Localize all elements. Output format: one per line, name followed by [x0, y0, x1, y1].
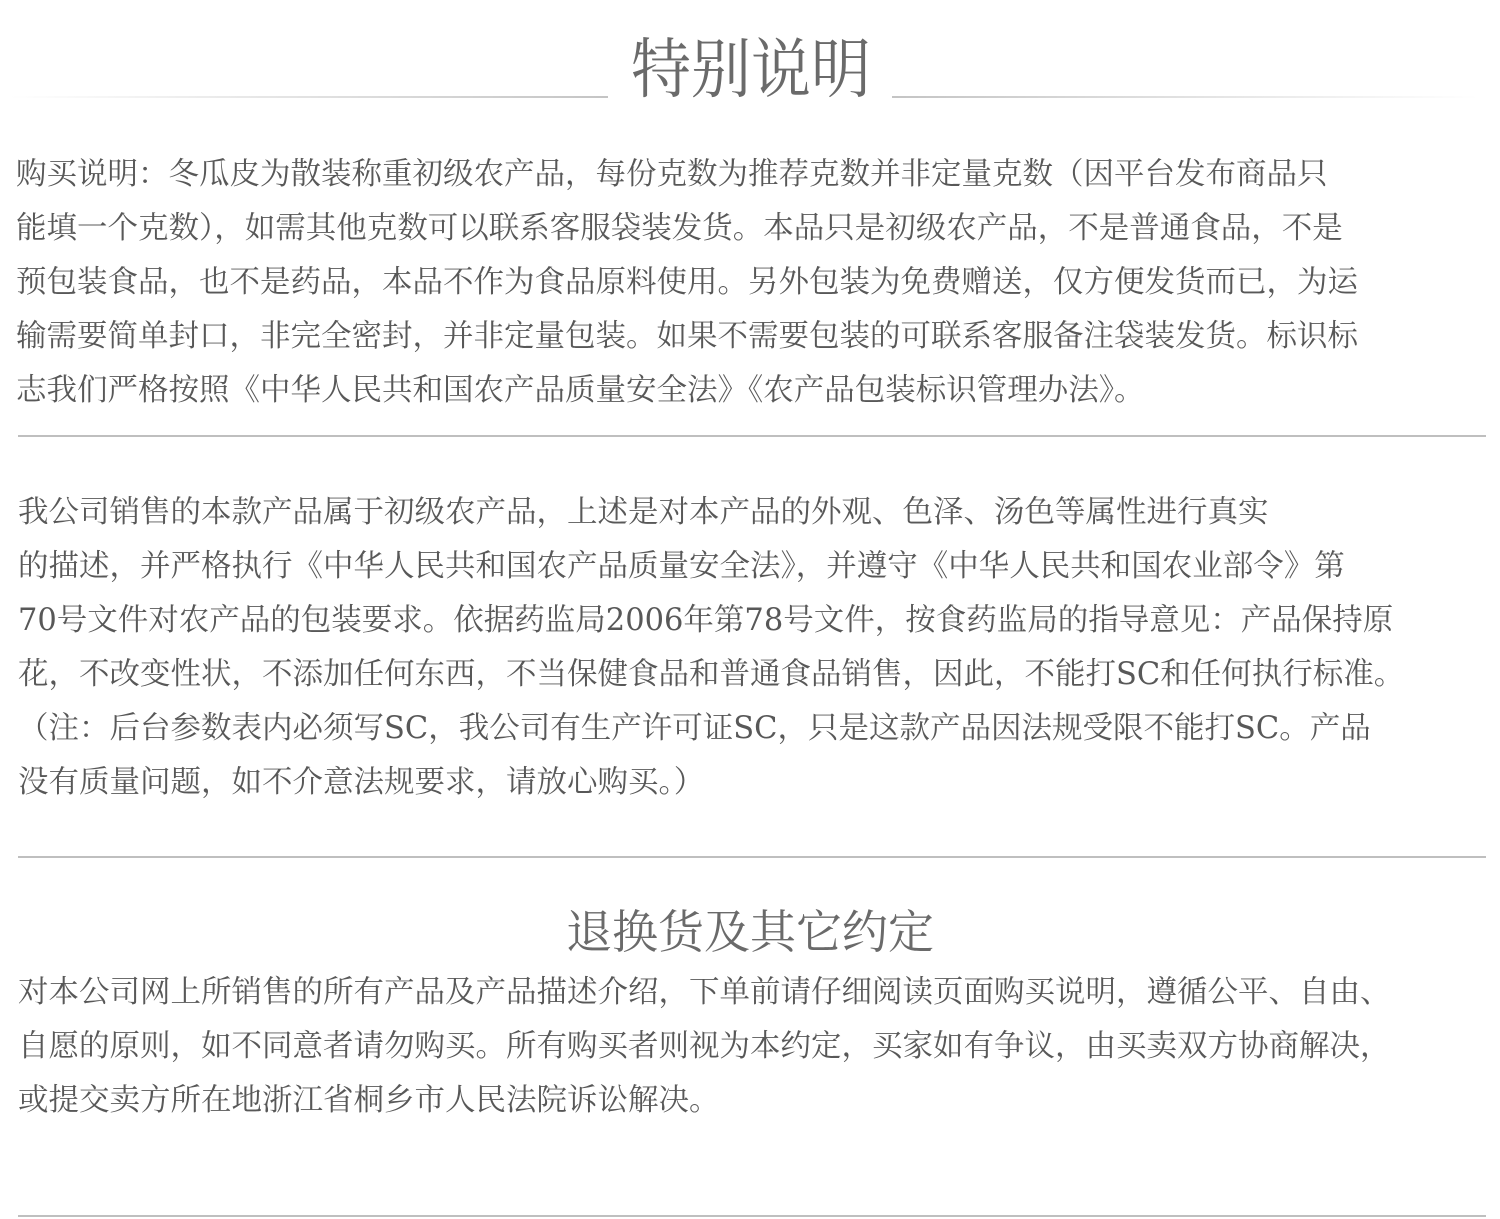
text-line: 预包装食品，也不是药品，本品不作为食品原料使用。另外包装为免费赠送，仅方便发货而… [16, 256, 1486, 310]
text-line: 购买说明：冬瓜皮为散装称重初级农产品，每份克数为推荐克数并非定量克数（因平台发布… [16, 148, 1486, 202]
section-divider [18, 435, 1486, 437]
text-line: 的描述，并严格执行《中华人民共和国农产品质量安全法》，并遵守《中华人民共和国农业… [18, 540, 1488, 594]
text-line: 没有质量问题，如不介意法规要求，请放心购买。） [18, 756, 1488, 810]
section-divider [18, 856, 1486, 858]
text-line: 对本公司网上所销售的所有产品及产品描述介绍，下单前请仔细阅读页面购买说明，遵循公… [18, 966, 1488, 1020]
bottom-divider [18, 1215, 1486, 1217]
text-line: 70号文件对农产品的包装要求。依据药监局2006年第78号文件，按食药监局的指导… [18, 594, 1488, 648]
text-line: 志我们严格按照《中华人民共和国农产品质量安全法》《农产品包装标识管理办法》。 [16, 364, 1486, 418]
text-line: 能填一个克数），如需其他克数可以联系客服袋装发货。本品只是初级农产品，不是普通食… [16, 202, 1486, 256]
text-line: 花，不改变性状，不添加任何东西，不当保健食品和普通食品销售，因此，不能打SC和任… [18, 648, 1488, 702]
returns-policy-paragraph: 对本公司网上所销售的所有产品及产品描述介绍，下单前请仔细阅读页面购买说明，遵循公… [18, 966, 1488, 1128]
purchase-notes-paragraph: 购买说明：冬瓜皮为散装称重初级农产品，每份克数为推荐克数并非定量克数（因平台发布… [16, 148, 1486, 418]
heading-rule-right [892, 96, 1478, 98]
text-line: 输需要简单封口，非完全密封，并非定量包装。如果不需要包装的可联系客服备注袋装发货… [16, 310, 1486, 364]
returns-policy-title: 退换货及其它约定 [0, 896, 1500, 962]
text-line: 或提交卖方所在地浙江省桐乡市人民法院诉讼解决。 [18, 1074, 1488, 1128]
text-line: 自愿的原则，如不同意者请勿购买。所有购买者则视为本约定，买家如有争议，由买卖双方… [18, 1020, 1488, 1074]
compliance-paragraph: 我公司销售的本款产品属于初级农产品，上述是对本产品的外观、色泽、汤色等属性进行真… [18, 486, 1488, 810]
special-notes-title: 特别说明 [620, 31, 882, 109]
text-line: （注：后台参数表内必须写SC，我公司有生产许可证SC，只是这款产品因法规受限不能… [18, 702, 1488, 756]
heading-rule-left [10, 96, 608, 98]
text-line: 我公司销售的本款产品属于初级农产品，上述是对本产品的外观、色泽、汤色等属性进行真… [18, 486, 1488, 540]
